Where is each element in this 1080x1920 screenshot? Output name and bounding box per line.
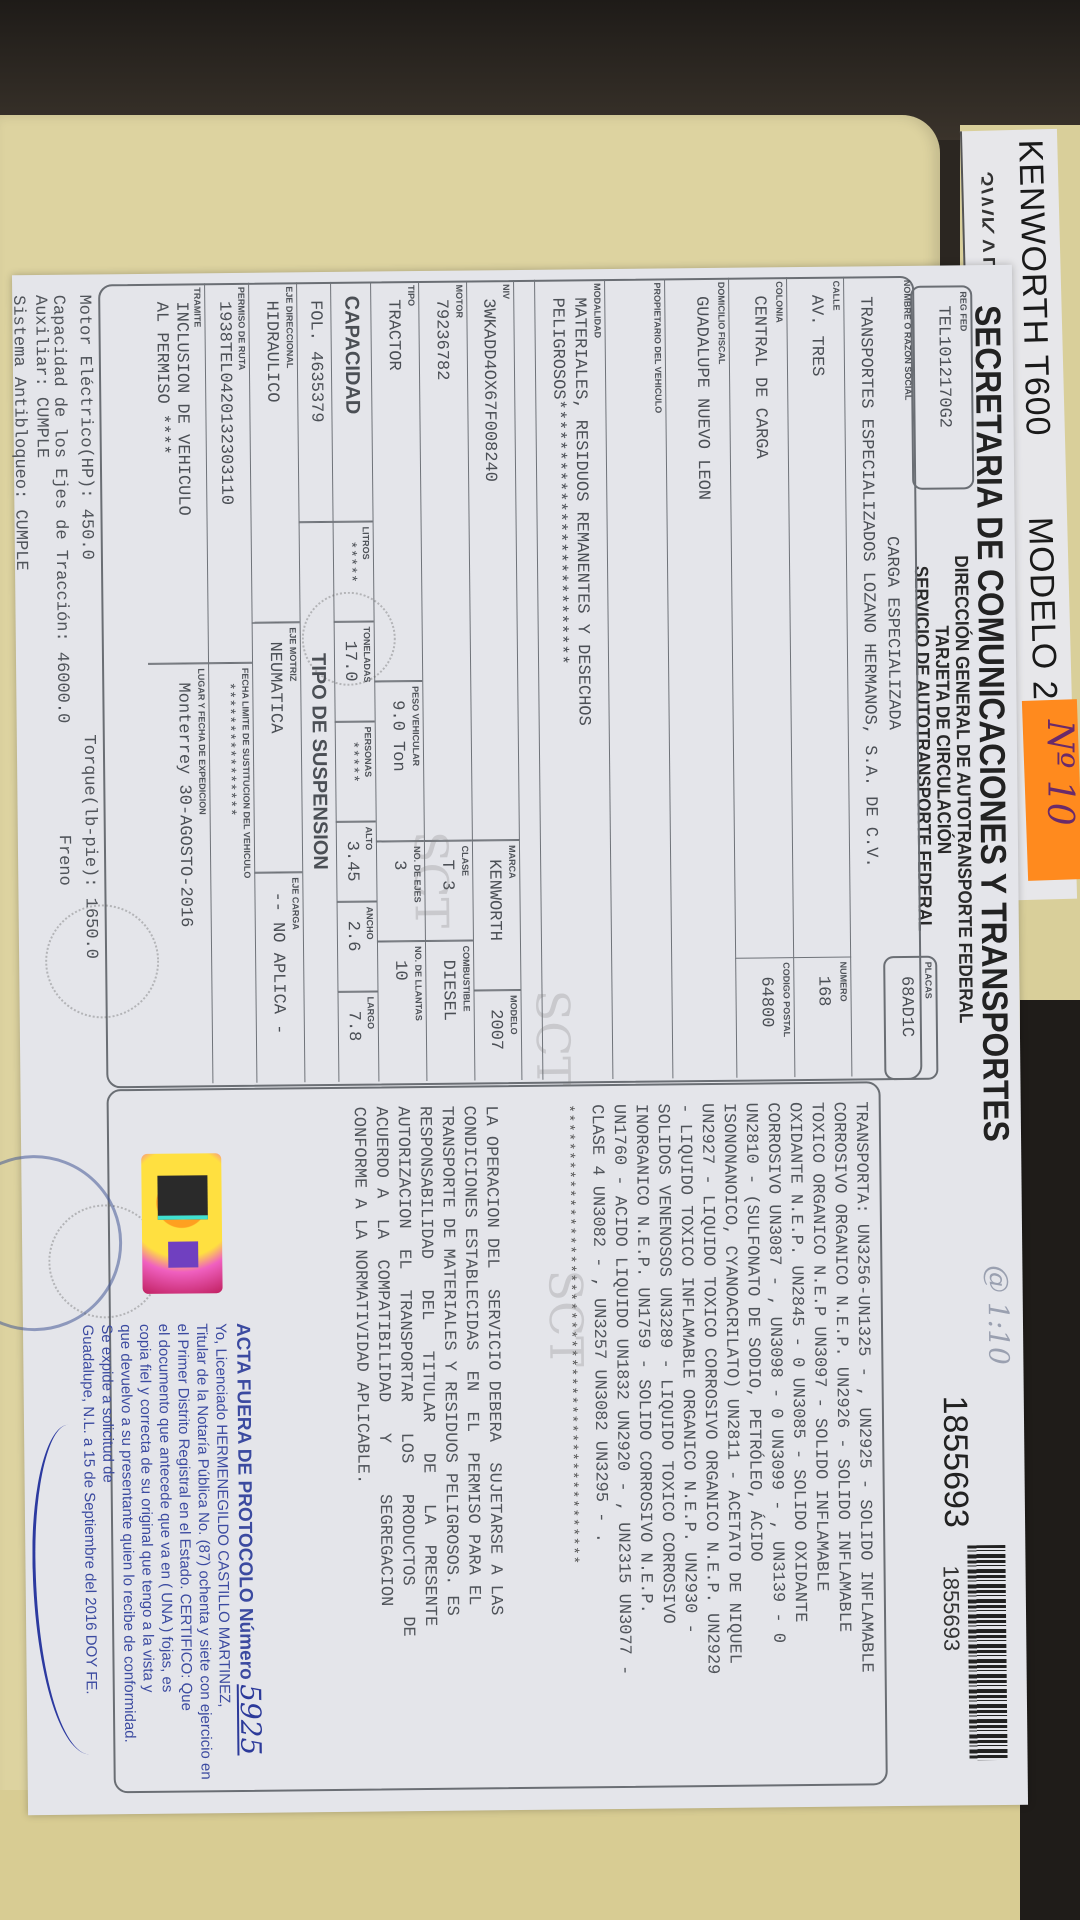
combustible-label: COMBUSTIBLE xyxy=(461,946,472,1012)
largo-value: 7.8 xyxy=(344,1011,363,1042)
handwritten-mark: @ 1:10 xyxy=(981,1265,1015,1365)
litros-label: LITROS xyxy=(361,527,371,560)
niv-field: NIV 3WKADD4OX67F008240 xyxy=(466,280,520,840)
tipo-suspension-label: TIPO DE SUSPENSION xyxy=(306,653,331,870)
reg-fed-label: REG FED xyxy=(958,291,968,331)
motor-field: MOTOR 79236782 xyxy=(418,281,472,841)
auxiliar: Auxiliar: CUMPLE xyxy=(28,295,52,458)
permiso-ruta-label: PERMISO DE RUTA xyxy=(236,287,247,370)
tipo-label: TIPO xyxy=(406,285,416,306)
reg-fed-box: REG FED TEL1012170G2 xyxy=(910,285,974,490)
eje-carga-field: EJE CARGA -- NO APLICA - xyxy=(254,872,304,1082)
folio-number: 1855693 xyxy=(935,1395,975,1528)
niv-label: NIV xyxy=(501,284,511,299)
largo-field: LARGO 7.8 xyxy=(337,991,378,1081)
tipo-value: TRACTOR xyxy=(383,299,403,371)
motor-label: MOTOR xyxy=(454,285,464,318)
eje-direccional-label: EJE DIRECCIONAL xyxy=(284,286,295,368)
razon-social-line1: CARGA ESPECIALIZADA xyxy=(882,536,903,730)
numero-field: NUMERO 168 xyxy=(793,957,852,1078)
domicilio-fiscal-value: GUADALUPE NUEVO LEON xyxy=(691,296,712,500)
ancho-value: 2.6 xyxy=(343,921,362,952)
litros-value: ***** xyxy=(342,541,358,583)
hologram-mini-icon xyxy=(168,1241,198,1267)
razon-social-field: NOMBRE O RAZON SOCIAL CARGA ESPECIALIZAD… xyxy=(844,276,922,1077)
fol-field: FOL. 4635379 xyxy=(296,282,333,522)
eje-carga-value: -- NO APLICA - xyxy=(267,891,287,1034)
eje-motriz-label: EJE MOTRIZ xyxy=(288,627,299,681)
circulation-card: SECRETARIA DE COMUNICACIONES Y TRANSPORT… xyxy=(12,265,1028,1815)
sct-seal-2 xyxy=(301,591,396,686)
tramite-line1: INCLUSION DE VEHICULO xyxy=(171,301,192,515)
razon-social-line2: TRANSPORTES ESPECIALIZADOS LOZANO HERMAN… xyxy=(855,296,880,867)
modalidad-field: MODALIDAD MATERIALES, RESIDUOS REMANENTE… xyxy=(534,279,612,1080)
peso-vehicular-label: PESO VEHICULAR xyxy=(410,686,421,766)
eje-direccional-value: HIDRAULICO xyxy=(261,300,281,402)
sticker-number: Nº 10 xyxy=(1025,700,1080,900)
modelo-label: MODELO xyxy=(509,995,519,1035)
lugar-fecha-label: LUGAR Y FECHA DE EXPEDICION xyxy=(196,668,208,814)
background-dark-right xyxy=(1020,1000,1080,1920)
hologram-door-icon xyxy=(157,1175,207,1220)
tramite-field: TRAMITE INCLUSION DE VEHICULO AL PERMISO… xyxy=(144,283,208,664)
modelo-field: MODELO 2007 xyxy=(473,990,522,1080)
capacidad-field: CAPACIDAD xyxy=(330,282,373,522)
domicilio-fiscal-label: DOMICILIO FISCAL xyxy=(716,282,727,365)
no-llantas-field: No. DE LLANTAS 10 xyxy=(377,941,426,1081)
codigo-postal-value: 64800 xyxy=(756,976,776,1027)
notary-heading: ACTA FUERA DE PROTOCOLO Número xyxy=(232,1323,257,1680)
propietario-label: PROPIETARIO DEL VEHICULO xyxy=(652,282,663,413)
combustible-value: DIESEL xyxy=(438,960,458,1021)
antibloqueo: Sistema Antibloqueo: CUMPLE xyxy=(6,295,31,571)
barcode-number: 1855693 xyxy=(938,1565,965,1651)
modalidad-label: MODALIDAD xyxy=(592,283,603,338)
sct-watermark-3: SCT xyxy=(525,989,580,1087)
fecha-limite-field: FECHA LIMITE DE SUSTITUCION DEL VEHICULO… xyxy=(208,663,256,1083)
no-llantas-label: No. DE LLANTAS xyxy=(413,946,424,1021)
modelo-value: 2007 xyxy=(486,1009,505,1050)
clase-label: CLASE xyxy=(460,846,470,877)
tramite-label: TRAMITE xyxy=(192,287,202,327)
sct-seal xyxy=(45,904,160,1019)
razon-social-label: NOMBRE O RAZON SOCIAL xyxy=(902,280,913,401)
personas-value: ***** xyxy=(344,741,360,783)
freno: Freno xyxy=(52,835,75,886)
marca-label: MARCA xyxy=(507,845,517,879)
colonia-field: COLONIA CENTRAL DE CARGA xyxy=(728,277,793,958)
largo-label: LARGO xyxy=(366,997,376,1030)
hologram-sticker xyxy=(141,1153,222,1294)
motor-hp: Motor Eléctrico(HP): 450.0 xyxy=(72,294,97,559)
niv-value: 3WKADD4OX67F008240 xyxy=(478,298,499,482)
combustible-field: COMBUSTIBLE DIESEL xyxy=(425,940,474,1080)
numero-label: NUMERO xyxy=(838,962,848,1002)
placas-label: PLACAS xyxy=(923,962,933,999)
codigo-postal-label: CODIGO POSTAL xyxy=(781,962,792,1037)
barcode xyxy=(967,1545,1007,1760)
alto-value: 3.45 xyxy=(342,841,361,882)
permiso-ruta-field: PERMISO DE RUTA 1938TEL0420132303110 xyxy=(204,283,252,663)
no-llantas-value: 10 xyxy=(390,960,409,981)
label-vehicle: KENWORTH T600 xyxy=(1011,139,1057,437)
alto-field: ALTO 3.45 xyxy=(336,821,377,901)
eje-motriz-field: EJE MOTRIZ NEUMATICA xyxy=(252,622,303,872)
conditions-line: CONFORME A LA NORMATIVIDAD APLICABLE. xyxy=(347,1107,373,1485)
ancho-label: ANCHO xyxy=(365,907,375,940)
ancho-field: ANCHO 2.6 xyxy=(337,901,378,991)
signature xyxy=(31,1424,127,1755)
personas-label: PERSONAS xyxy=(363,727,374,778)
eje-direccional-field: EJE DIRECCIONAL HIDRAULICO xyxy=(248,282,300,622)
marca-field: MARCA KENWORTH xyxy=(472,840,522,990)
fecha-limite-value: **************** xyxy=(220,682,237,817)
marca-value: KENWORTH xyxy=(484,859,504,941)
peso-vehicular-value: 9.0 Ton xyxy=(387,700,407,772)
modalidad-line1: MATERIALES, RESIDUOS REMANENTES Y DESECH… xyxy=(569,297,592,726)
peso-vehicular-field: PESO VEHICULAR 9.0 Ton xyxy=(374,681,424,841)
sct-watermark: SCT xyxy=(404,831,459,929)
eje-motriz-value: NEUMATICA xyxy=(265,641,285,733)
capacidad-label: CAPACIDAD xyxy=(339,296,363,415)
calle-label: CALLE xyxy=(831,281,841,311)
numero-value: 168 xyxy=(813,976,832,1007)
modalidad-line2: PELIGROSOS************************** xyxy=(547,297,570,664)
colonia-value: CENTRAL DE CARGA xyxy=(749,295,770,458)
propietario-field: PROPIETARIO DEL VEHICULO xyxy=(604,278,672,1079)
fol-value: FOL. 4635379 xyxy=(305,300,325,423)
lugar-fecha-value: Monterrey 30-AGOSTO-2016 xyxy=(173,682,195,927)
eje-carga-label: EJE CARGA xyxy=(290,877,301,930)
fecha-limite-label: FECHA LIMITE DE SUSTITUCION DEL VEHICULO xyxy=(240,668,252,879)
colonia-label: COLONIA xyxy=(774,281,784,323)
sct-watermark-2: SCT xyxy=(538,1269,593,1367)
codigo-postal-field: CODIGO POSTAL 64800 xyxy=(735,957,794,1078)
domicilio-fiscal-field: DOMICILIO FISCAL GUADALUPE NUEVO LEON xyxy=(664,278,736,1079)
lugar-fecha-field: LUGAR Y FECHA DE EXPEDICION Monterrey 30… xyxy=(148,663,212,1084)
alto-label: ALTO xyxy=(364,827,374,851)
reg-fed-value: TEL1012170G2 xyxy=(933,305,953,428)
tramite-line2: AL PERMISO **** xyxy=(151,302,172,455)
permiso-ruta-value: 1938TEL0420132303110 xyxy=(214,301,235,505)
calle-field: CALLE AV. TRES xyxy=(786,277,851,958)
notary-number: 5925 xyxy=(234,1684,268,1756)
motor-value: 79236782 xyxy=(431,299,451,381)
calle-value: AV. TRES xyxy=(806,295,826,377)
personas-field: PERSONAS ***** xyxy=(335,722,376,822)
